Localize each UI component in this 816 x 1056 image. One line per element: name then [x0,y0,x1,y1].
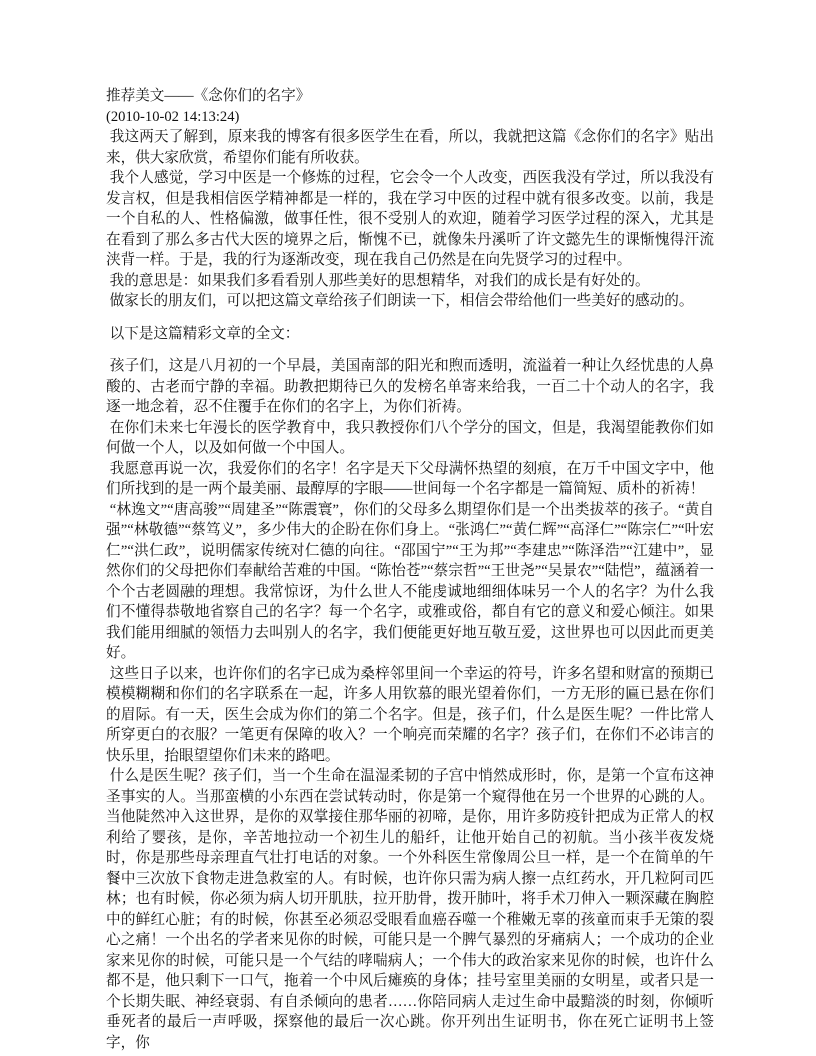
paragraph: 这些日子以来，也许你们的名字已成为桑梓邻里间一个幸运的符号，许多名望和财富的预期… [106,664,714,767]
paragraph: 什么是医生呢？孩子们，当一个生命在温湿柔韧的子宫中悄然成形时，你，是第一个宣布这… [106,766,714,1053]
document-page: 推荐美文——《念你们的名字》 (2010-10-02 14:13:24) 我这两… [0,0,816,1056]
blank-line [106,312,714,324]
paragraph: 我的意思是：如果我们多看看别人那些美好的思想精华，对我们的成长是有好处的。 [106,271,714,292]
intro-section: 我这两天了解到，原来我的博客有很多医学生在看，所以，我就把这篇《念你们的名字》贴… [106,127,714,312]
post-title: 推荐美文——《念你们的名字》 [106,86,714,107]
paragraph: 孩子们，这是八月初的一个早晨，美国南部的阳光和煦而透明，流溢着一种让久经忧患的人… [106,356,714,418]
paragraph: 在你们未来七年漫长的医学教育中，我只教授你们八个学分的国文，但是，我渴望能教你们… [106,418,714,459]
document-body: 推荐美文——《念你们的名字》 (2010-10-02 14:13:24) 我这两… [106,86,714,1053]
article-section: 孩子们，这是八月初的一个早晨，美国南部的阳光和煦而透明，流溢着一种让久经忧患的人… [106,356,714,1053]
paragraph: “林逸文”“唐高骏”“周建圣”“陈震寰”，你们的父母多么期望你们是一个出类拔萃的… [106,500,714,664]
lead-in-line: 以下是这篇精彩文章的全文： [106,324,714,345]
post-date: (2010-10-02 14:13:24) [106,107,714,128]
blank-line [106,344,714,356]
paragraph: 我这两天了解到，原来我的博客有很多医学生在看，所以，我就把这篇《念你们的名字》贴… [106,127,714,168]
paragraph: 我个人感觉，学习中医是一个修炼的过程，它会令一个人改变，西医我没有学过，所以我没… [106,168,714,271]
paragraph: 我愿意再说一次，我爱你们的名字！名字是天下父母满怀热望的刻痕，在万千中国文字中，… [106,459,714,500]
paragraph: 做家长的朋友们，可以把这篇文章给孩子们朗读一下，相信会带给他们一些美好的感动的。 [106,291,714,312]
